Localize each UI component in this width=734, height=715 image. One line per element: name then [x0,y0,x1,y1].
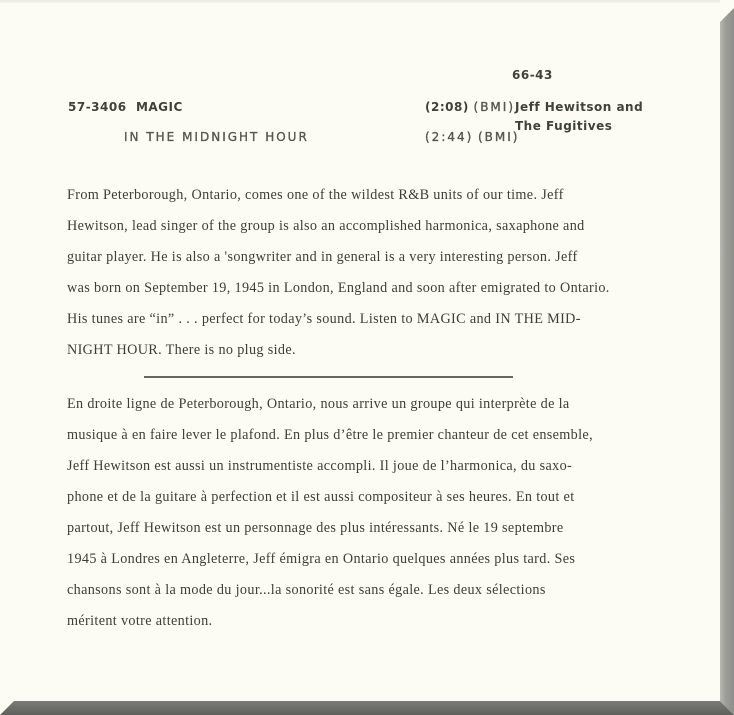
text-line: partout, Jeff Hewitson est un personnage… [67,513,657,544]
text-line: guitar player. He is also a 'songwriter … [67,242,657,273]
side-b-title: IN THE MIDNIGHT HOUR [124,130,309,144]
catalog-number-right: 66-43 [512,68,553,82]
top-edge [0,0,720,3]
text-line: From Peterborough, Ontario, comes one of… [67,180,657,211]
text-line: méritent votre attention. [67,606,657,637]
english-liner-notes: From Peterborough, Ontario, comes one of… [67,180,657,366]
text-line: NIGHT HOUR. There is no plug side. [67,335,657,366]
text-line: Jeff Hewitson est aussi un instrumentist… [67,451,657,482]
section-divider [144,376,513,378]
side-a-license: (BMI) [474,100,516,114]
text-line: chansons sont à la mode du jour...la son… [67,575,657,606]
text-line: was born on September 19, 1945 in London… [67,273,657,304]
side-a-heading: 57-3406 MAGIC [68,100,183,114]
french-liner-notes: En droite ligne de Peterborough, Ontario… [67,389,657,637]
text-line: Hewitson, lead singer of the group is al… [67,211,657,242]
text-line: En droite ligne de Peterborough, Ontario… [67,389,657,420]
side-a-title: MAGIC [136,100,183,114]
side-b-credits: (2:44) (BMI) [425,130,520,144]
frame-bevel-right [720,0,734,715]
side-b-duration: (2:44) [425,130,473,144]
side-a-credits: (2:08) (BMI) [425,100,515,114]
text-line: musique à en faire lever le plafond. En … [67,420,657,451]
artist-line-2: The Fugitives [515,119,612,133]
side-a-duration: (2:08) [425,100,469,114]
side-b-license: (BMI) [478,130,520,144]
artist-line-1: Jeff Hewitson and [515,100,643,114]
catalog-number-left: 57-3406 [68,100,127,114]
text-line: 1945 à Londres en Angleterre, Jeff émigr… [67,544,657,575]
frame-bevel-bottom [0,701,734,715]
text-line: His tunes are “in” . . . perfect for tod… [67,304,657,335]
record-sleeve-back: 66-43 57-3406 MAGIC IN THE MIDNIGHT HOUR… [0,0,734,715]
text-line: phone et de la guitare à perfection et i… [67,482,657,513]
